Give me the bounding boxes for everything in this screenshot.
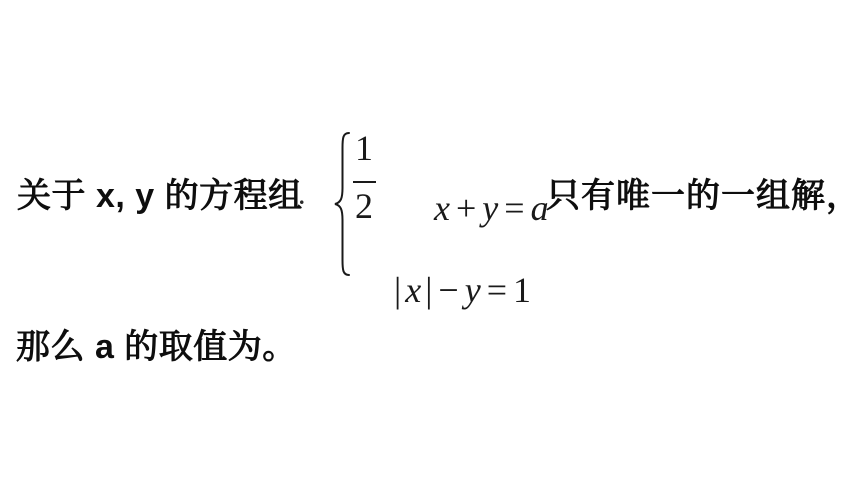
equation-2: |x|−y=1 xyxy=(340,236,537,344)
problem-text-suffix: 只有唯一的一组解， xyxy=(546,176,861,216)
eq2-abs-bar-right: | xyxy=(425,272,432,308)
fraction-denominator: 2 xyxy=(350,188,378,224)
eq1-var-x: x xyxy=(434,190,450,226)
problem-page: 关于 x, y 的方程组 . 1 2 x+y=a |x|−y=1 只有唯一的一组… xyxy=(0,0,864,486)
eq2-equals-sign: = xyxy=(487,272,507,308)
eq2-rhs-1: 1 xyxy=(513,272,531,308)
eq1-equals-sign: = xyxy=(504,190,524,226)
eq2-minus-operator: − xyxy=(438,272,458,308)
eq1-var-y: y xyxy=(482,190,498,226)
eq2-abs-bar-left: | xyxy=(394,272,401,308)
fraction-bar xyxy=(353,181,376,183)
problem-text-question: 那么 a 的取值为。 xyxy=(16,327,297,367)
eq1-plus-operator: + xyxy=(456,190,476,226)
eq2-var-x: x xyxy=(405,272,421,308)
eq2-var-y: y xyxy=(465,272,481,308)
problem-text-prefix: 关于 x, y 的方程组 xyxy=(17,176,303,216)
fraction-numerator: 1 xyxy=(350,130,378,166)
trailing-period: . xyxy=(299,186,305,208)
equation-system: 1 2 x+y=a |x|−y=1 xyxy=(328,126,518,284)
